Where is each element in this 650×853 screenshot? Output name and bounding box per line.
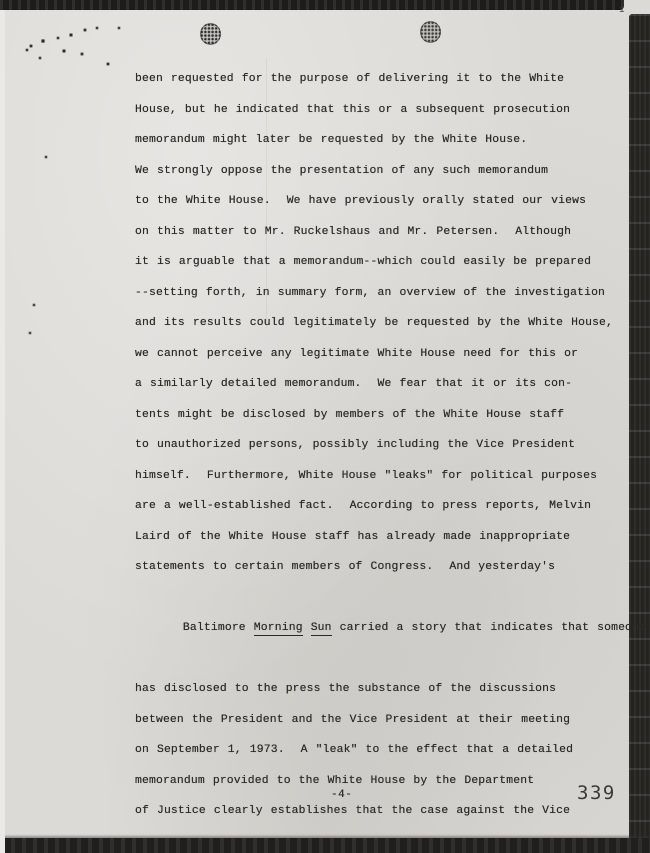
underlined-text-segment: Sun xyxy=(311,622,332,636)
page-number: -4- xyxy=(331,789,352,801)
text-line: Baltimore Morning Sun carried a story th… xyxy=(135,583,635,675)
corner-page-index: 1 xyxy=(619,5,624,15)
text-segment: carried a story that indicates that some… xyxy=(332,622,646,634)
text-segment: Baltimore xyxy=(183,622,254,634)
text-line: between the President and the Vice Presi… xyxy=(135,705,635,736)
text-line: to the White House. We have previously o… xyxy=(135,186,635,217)
scanned-document-page: 1 been requested for the purpose of deli… xyxy=(0,0,650,853)
text-line: on September 1, 1973. A "leak" to the ef… xyxy=(135,735,635,766)
text-line: memorandum provided to the White House b… xyxy=(135,766,635,797)
text-line: tents might be disclosed by members of t… xyxy=(135,400,635,431)
text-line: has disclosed to the press the substance… xyxy=(135,674,635,705)
ink-speckles-mark xyxy=(0,0,2,2)
typed-body-text: been requested for the purpose of delive… xyxy=(135,64,635,827)
scan-edge-bottom xyxy=(0,838,650,853)
text-line: a similarly detailed memorandum. We fear… xyxy=(135,369,635,400)
text-line: to unauthorized persons, possibly includ… xyxy=(135,430,635,461)
archive-stamp-number: 339 xyxy=(577,782,616,804)
text-line: and its results could legitimately be re… xyxy=(135,308,635,339)
text-line: on this matter to Mr. Ruckelshaus and Mr… xyxy=(135,217,635,248)
scan-edge-top xyxy=(0,0,624,10)
text-line: been requested for the purpose of delive… xyxy=(135,64,635,95)
text-line: of Justice clearly establishes that the … xyxy=(135,796,635,827)
halftone-circle-icon xyxy=(420,21,441,43)
text-line: it is arguable that a memorandum--which … xyxy=(135,247,635,278)
text-segment xyxy=(303,622,311,634)
text-line: We strongly oppose the presentation of a… xyxy=(135,156,635,187)
underlined-text-segment: Morning xyxy=(254,622,303,636)
halftone-circle-icon xyxy=(200,23,221,45)
text-line: memorandum might later be requested by t… xyxy=(135,125,635,156)
text-line: statements to certain members of Congres… xyxy=(135,552,635,583)
text-line: are a well-established fact. According t… xyxy=(135,491,635,522)
text-line: Laird of the White House staff has alrea… xyxy=(135,522,635,553)
scan-edge-left-highlight xyxy=(0,10,5,853)
text-line: himself. Furthermore, White House "leaks… xyxy=(135,461,635,492)
text-line: House, but he indicated that this or a s… xyxy=(135,95,635,126)
text-line: we cannot perceive any legitimate White … xyxy=(135,339,635,370)
text-line: --setting forth, in summary form, an ove… xyxy=(135,278,635,309)
